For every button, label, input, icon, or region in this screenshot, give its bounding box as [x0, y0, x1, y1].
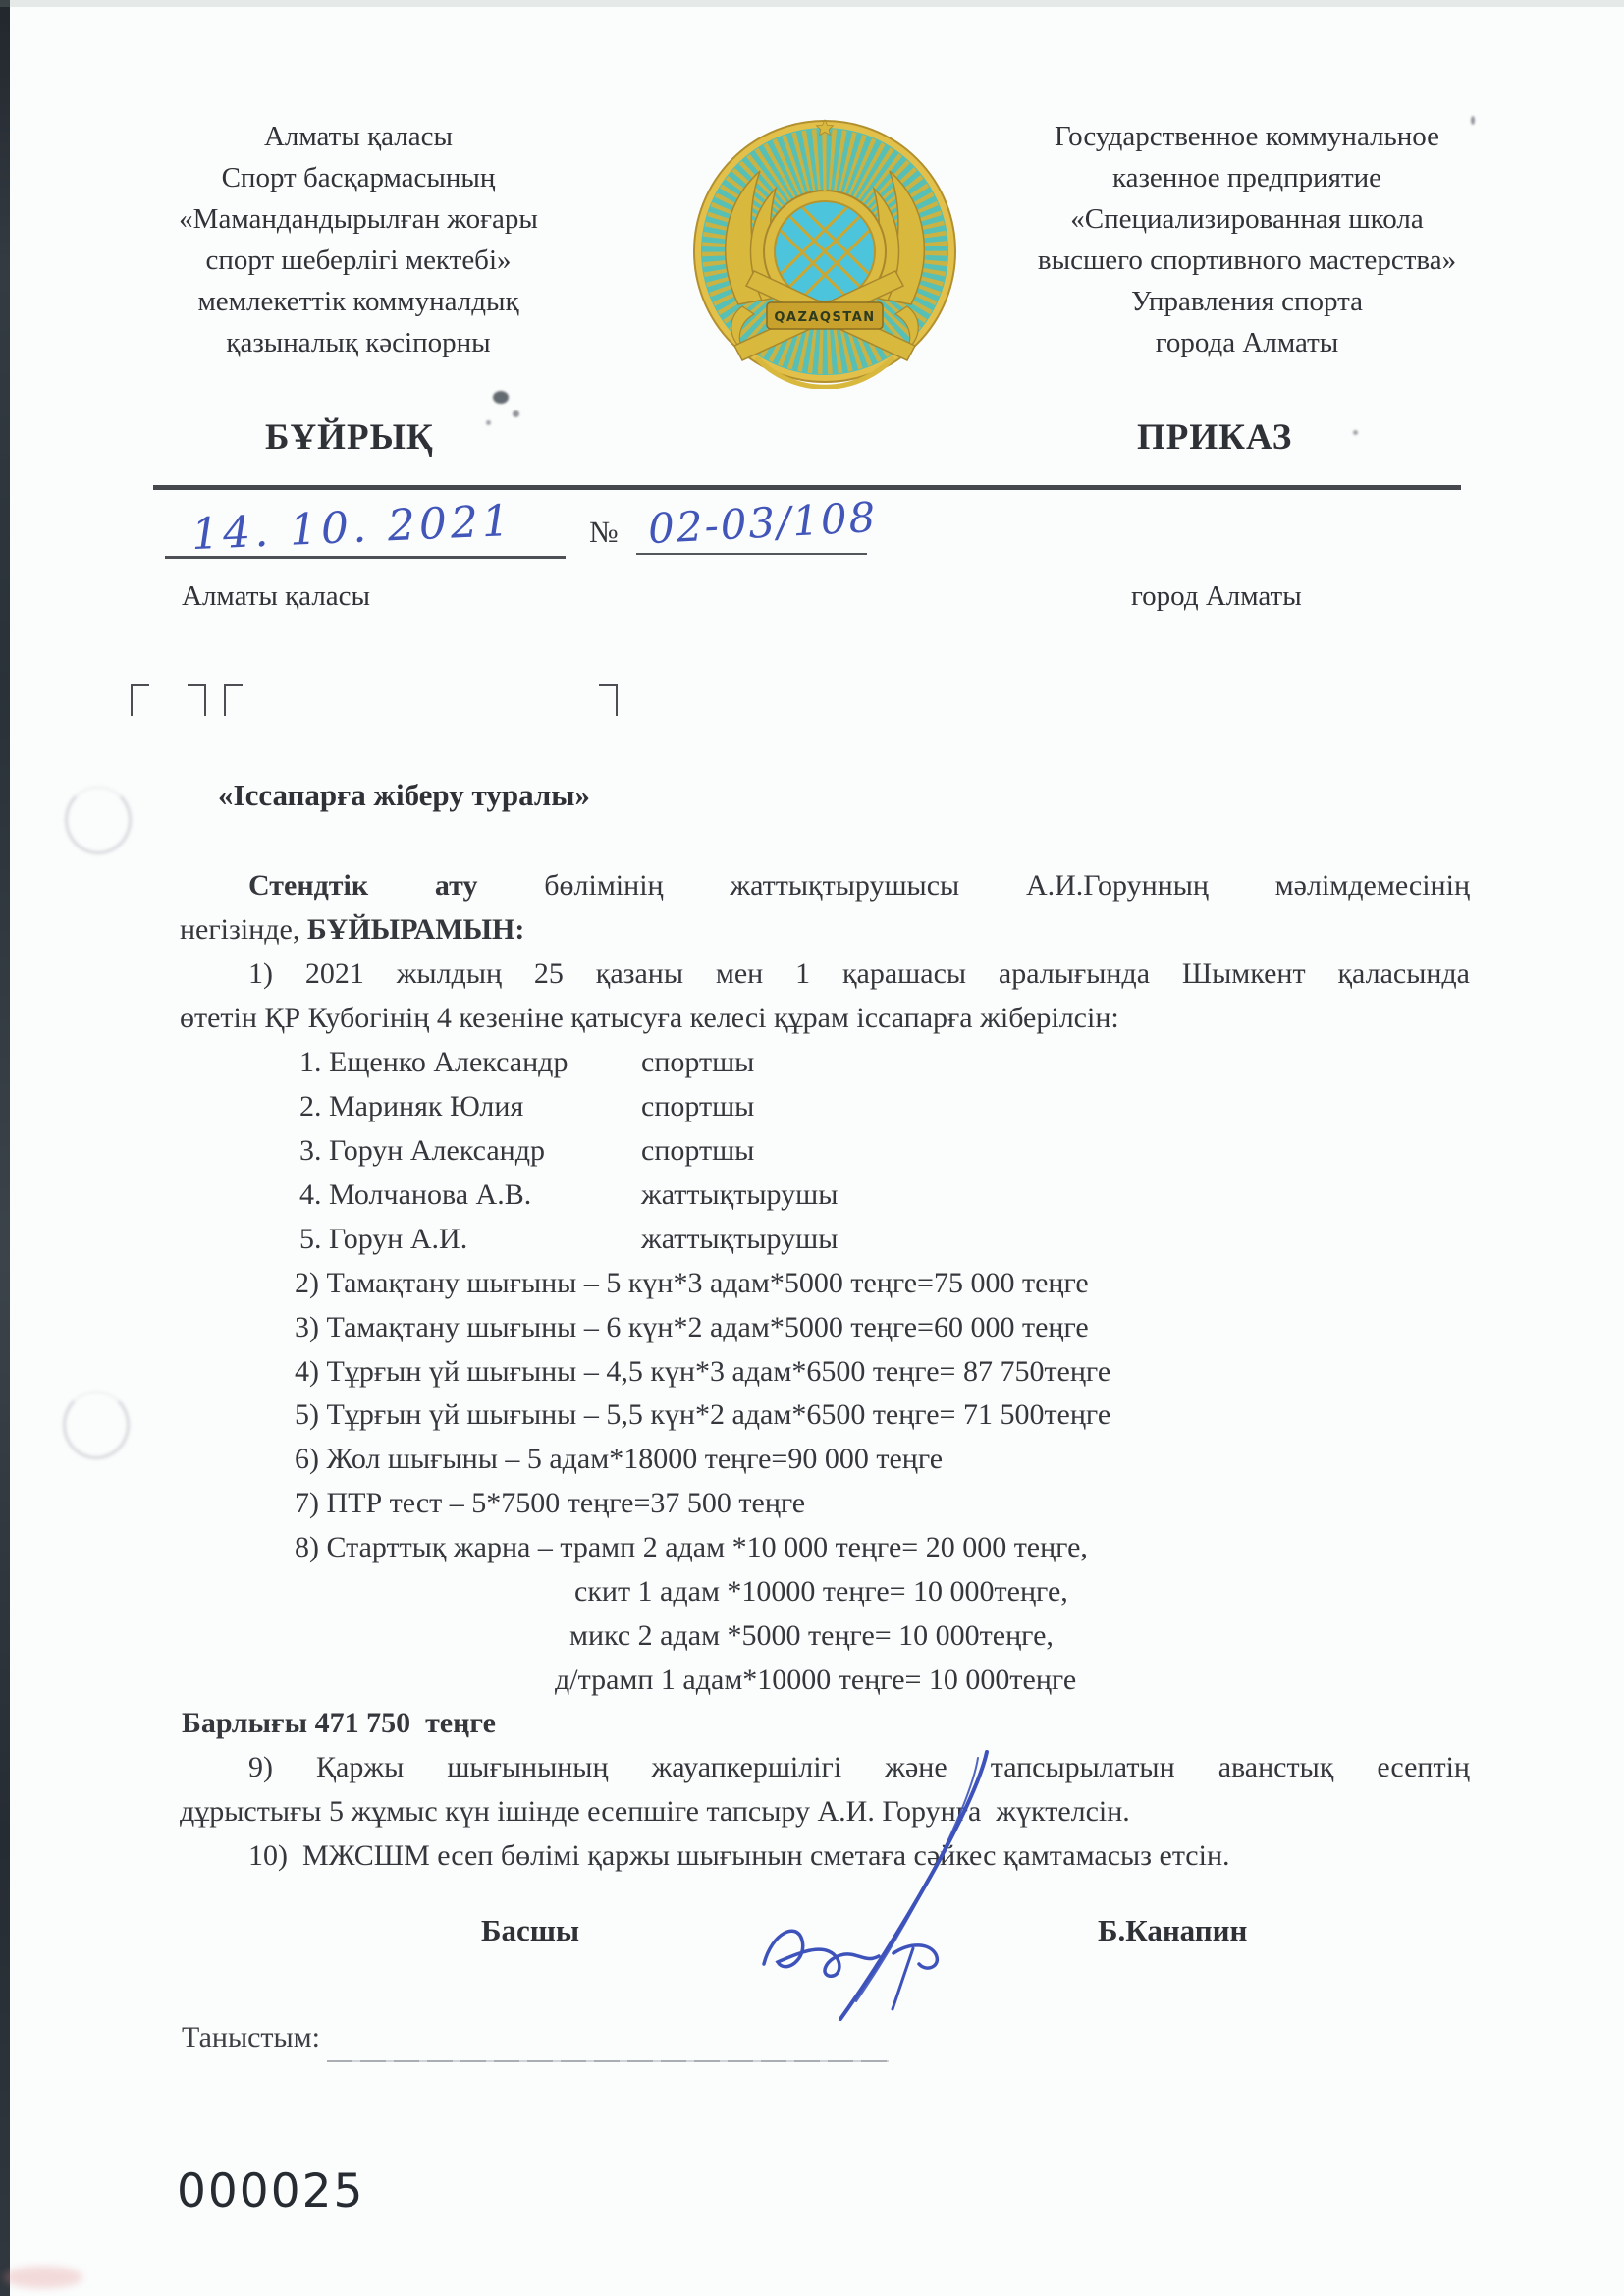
body-line: 8) Старттық жарна – трамп 2 адам *10 000…	[295, 1531, 1088, 1564]
roster-row: 1. Ещенко Александрспортшы	[172, 1046, 1470, 1085]
scan-edge-left	[0, 0, 10, 2296]
body-line: 3) Тамақтану шығыны – 6 күн*2 адам*5000 …	[295, 1311, 1089, 1344]
body-line: микс 2 адам *5000 теңге= 10 000теңге,	[569, 1619, 1054, 1653]
scan-speck	[1471, 116, 1475, 125]
roster-name: 3. Горун Александр	[299, 1134, 545, 1168]
roster-role: жаттықтырушы	[641, 1223, 838, 1256]
roster-name: 4. Молчанова А.В.	[299, 1178, 531, 1212]
hole-punch-shadow	[63, 1391, 130, 1459]
roster-row: 2. Мариняк Юлияспортшы	[172, 1090, 1470, 1129]
acknowledgement-label: Таныстым:	[182, 2021, 320, 2054]
roster-row: 4. Молчанова А.В.жаттықтырушы	[172, 1178, 1470, 1218]
body-line: д/трамп 1 адам*10000 теңге= 10 000теңге	[555, 1664, 1076, 1697]
body-line: 7) ПТР тест – 5*7500 теңге=37 500 теңге	[295, 1487, 805, 1520]
scanned-order-document: Алматы қаласыСпорт басқармасының«Маманда…	[0, 0, 1624, 2296]
body-line: Стендтік ату бөлімінің жаттықтырушысы А.…	[248, 869, 1470, 902]
body-line: 4) Тұрғын үй шығыны – 4,5 күн*3 адам*650…	[295, 1355, 1110, 1389]
acknowledgement-underline	[327, 2060, 889, 2062]
page-number-stamp: 000025	[177, 2164, 364, 2218]
signer-name: Б.Канапин	[1098, 1913, 1247, 1948]
body-line: 5) Тұрғын үй шығыны – 5,5 күн*2 адам*650…	[295, 1398, 1110, 1432]
handwritten-signature	[746, 1746, 1070, 2046]
body-line: 1) 2021 жылдың 25 қазаны мен 1 қарашасы …	[248, 957, 1470, 991]
roster-row: 3. Горун Александрспортшы	[172, 1134, 1470, 1174]
scan-smear	[4, 2267, 82, 2288]
scan-speck	[493, 391, 509, 404]
roster-name: 5. Горун А.И.	[299, 1223, 467, 1256]
hole-punch-shadow	[65, 786, 132, 854]
roster-role: спортшы	[641, 1090, 754, 1123]
scan-speck	[513, 410, 519, 417]
body-line: 6) Жол шығыны – 5 адам*18000 теңге=90 00…	[295, 1443, 943, 1476]
roster-name: 2. Мариняк Юлия	[299, 1090, 523, 1123]
signature-position-label: Басшы	[481, 1913, 579, 1948]
roster-row: 5. Горун А.И.жаттықтырушы	[172, 1223, 1470, 1262]
roster-role: жаттықтырушы	[641, 1178, 838, 1212]
scan-speck	[1353, 430, 1358, 435]
roster-role: спортшы	[641, 1046, 754, 1079]
roster-name: 1. Ещенко Александр	[299, 1046, 568, 1079]
body-line: Барлығы 471 750 теңге	[182, 1707, 496, 1740]
body-line: өтетін ҚР Кубогінің 4 кезеніне қатысуға …	[180, 1002, 1119, 1035]
body-line: 10) МЖСШМ есеп бөлімі қаржы шығынын смет…	[248, 1839, 1230, 1873]
roster-role: спортшы	[641, 1134, 754, 1168]
corner-mark	[131, 684, 149, 716]
body-line: 2) Тамақтану шығыны – 5 күн*3 адам*5000 …	[295, 1267, 1089, 1300]
body-line: негізінде, БҰЙЫРАМЫН:	[180, 913, 524, 947]
scan-speck	[486, 420, 491, 425]
body-line: скит 1 адам *10000 теңге= 10 000теңге,	[574, 1575, 1068, 1609]
